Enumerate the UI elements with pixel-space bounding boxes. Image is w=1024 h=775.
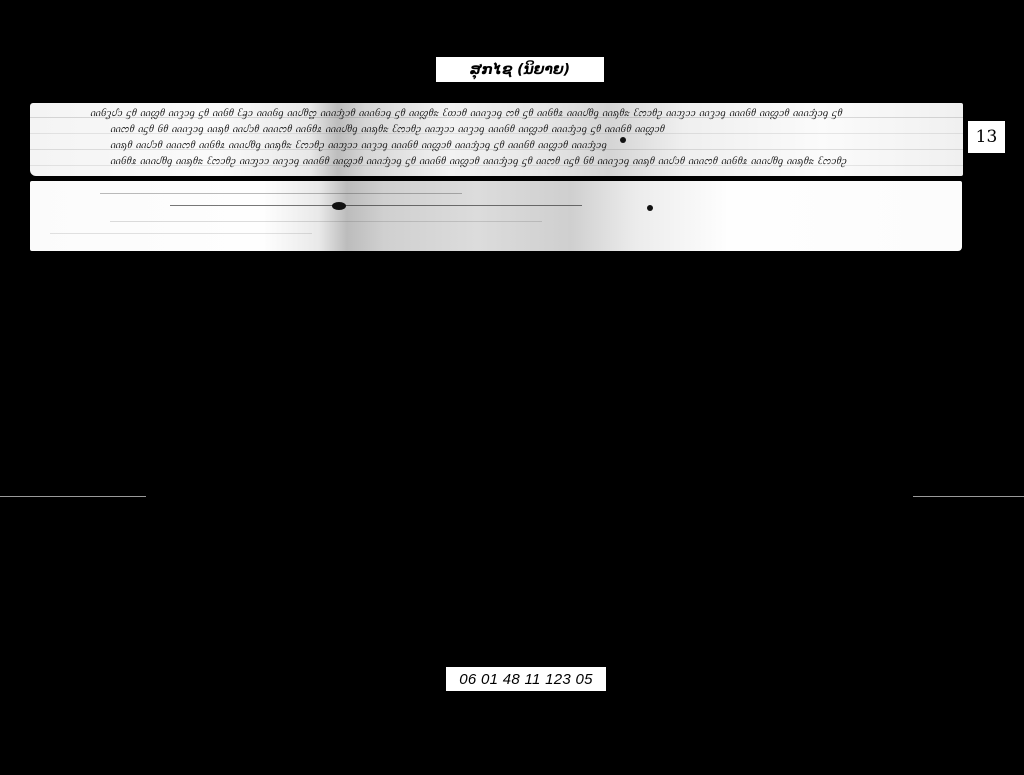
palm-leaf-bottom [30,181,962,251]
manuscript-title-label: ສຸກໄຊ (ນິຍາຍ) [436,57,604,82]
manuscript-line-2: ᦶᦂᦲ ᦵᦓᦲ ᦑᦲ ᦶᦵᦡᦱᧁ ᦶᦣᦲ ᦶᦔᦱᦲ ᦶᦵᦂᦲ ᦶᦑᦲᦸ ᦶᦵᦔᦲ… [110,123,930,136]
crop-mark-left [0,496,146,497]
manuscript-line-1: ᦶᦑᧆᦔᦱ ᦓᦲ ᦶᦜᦲ ᦶᦡᦱᧁ ᦓᦲ ᦶᦑᦲ ᦷᦃᦱ ᦶᦵᦑᧁ ᦶᦔᦲᦦ ᦶ… [90,107,950,120]
manuscript-line-3: ᦶᦣᦲ ᦶᦔᦱᦲ ᦶᦵᦂᦲ ᦶᦑᦲᦸ ᦶᦵᦔᦲᧁ ᦶᦣᦲᦰ ᦷᦂᦱᦲᦳ ᦶᦀᦱᦱ… [110,139,930,152]
manuscript-line-4: ᦶᦑᦲᦸ ᦶᦵᦔᦲᧁ ᦶᦣᦲᦰ ᦷᦂᦱᦲᦳ ᦶᦀᦱᦱ ᦶᦡᦱᧁ ᦶᦵᦑᦲ ᦶᦜᦱ… [110,155,910,168]
page-number-label: 13 [968,121,1005,153]
crop-mark-right [913,496,1024,497]
binding-hole-left [332,202,346,210]
page-number: 13 [976,127,998,147]
catalog-id: 06 01 48 11 123 05 [459,671,593,688]
catalog-id-label: 06 01 48 11 123 05 [446,667,606,691]
palm-leaf-top: ᦶᦑᧆᦔᦱ ᦓᦲ ᦶᦜᦲ ᦶᦡᦱᧁ ᦓᦲ ᦶᦑᦲ ᦷᦃᦱ ᦶᦵᦑᧁ ᦶᦔᦲᦦ ᦶ… [30,103,963,176]
binding-hole-right [647,205,653,211]
title-text: ສຸກໄຊ (ນິຍາຍ) [470,62,570,78]
